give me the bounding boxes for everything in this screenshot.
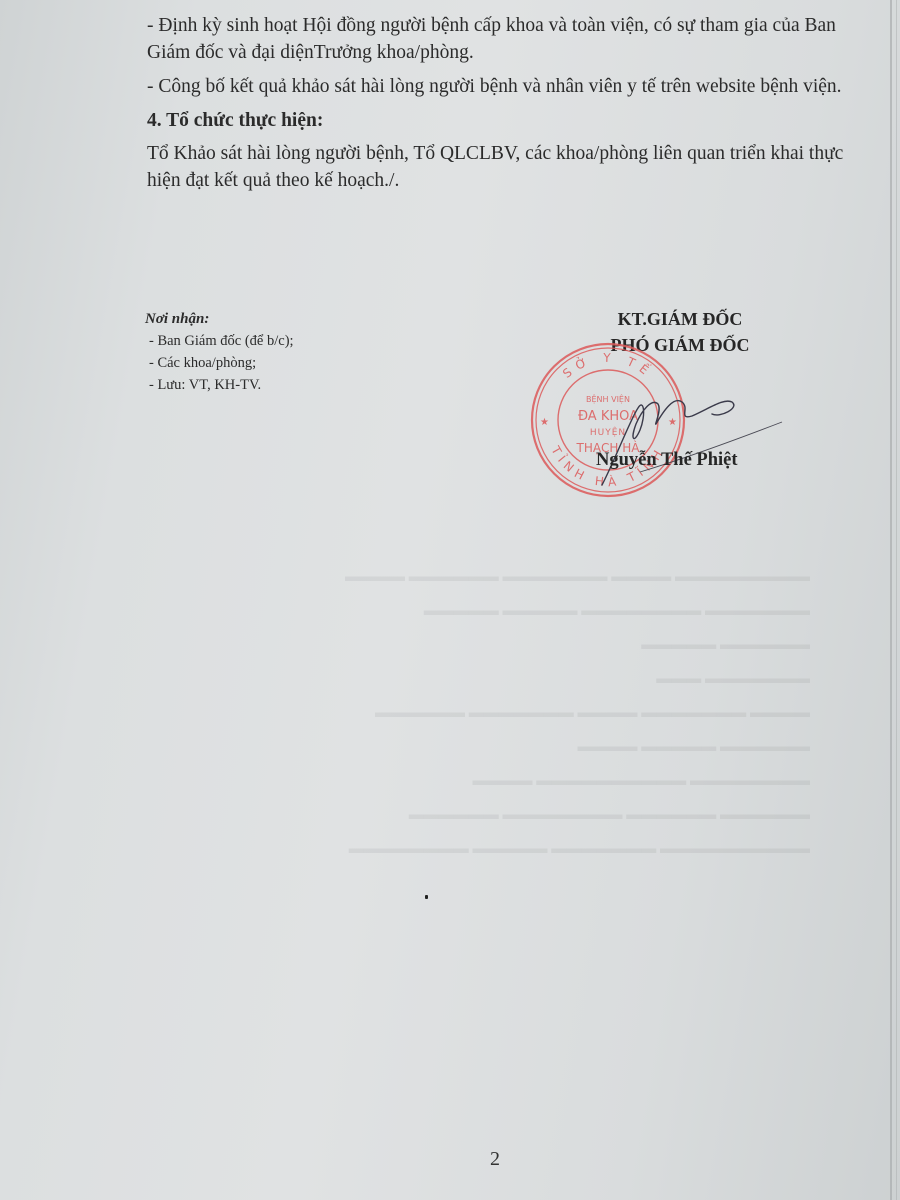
star-icon: ★	[540, 417, 549, 428]
section-heading: 4. Tổ chức thực hiện:	[147, 107, 847, 134]
show-through-text: ▬▬▬▬▬▬▬▬▬ ▬▬▬▬ ▬▬▬▬▬▬▬ ▬▬▬▬▬▬ ▬▬▬▬▬▬▬▬▬▬…	[130, 560, 810, 866]
paragraph-council-meetings: - Định kỳ sinh hoạt Hội đồng người bệnh …	[147, 12, 847, 66]
stamp-top-text: SỞ Y TẾ	[560, 351, 657, 381]
signer-name: Nguyễn Thế Phiệt	[596, 450, 738, 471]
recipient-item: - Ban Giám đốc (để b/c);	[145, 330, 294, 352]
handwritten-signature	[600, 380, 800, 490]
svg-text:SỞ Y TẾ: SỞ Y TẾ	[560, 351, 657, 381]
paper-speck	[425, 895, 428, 899]
recipient-item: - Lưu: VT, KH-TV.	[145, 374, 294, 396]
paragraph-publish-results: - Công bố kết quả khảo sát hài lòng ngườ…	[147, 73, 847, 100]
body-text: - Định kỳ sinh hoạt Hội đồng người bệnh …	[147, 12, 847, 201]
signature-title-line1: KT.GIÁM ĐỐC	[560, 306, 800, 332]
recipients-block: Nơi nhận: - Ban Giám đốc (để b/c); - Các…	[145, 308, 294, 396]
recipients-title: Nơi nhận:	[145, 308, 294, 330]
section-body: Tổ Khảo sát hài lòng người bệnh, Tổ QLCL…	[147, 140, 847, 194]
page-number: 2	[490, 1148, 500, 1171]
page-edge	[896, 0, 897, 1200]
page-edge	[890, 0, 892, 1200]
recipient-item: - Các khoa/phòng;	[145, 352, 294, 374]
